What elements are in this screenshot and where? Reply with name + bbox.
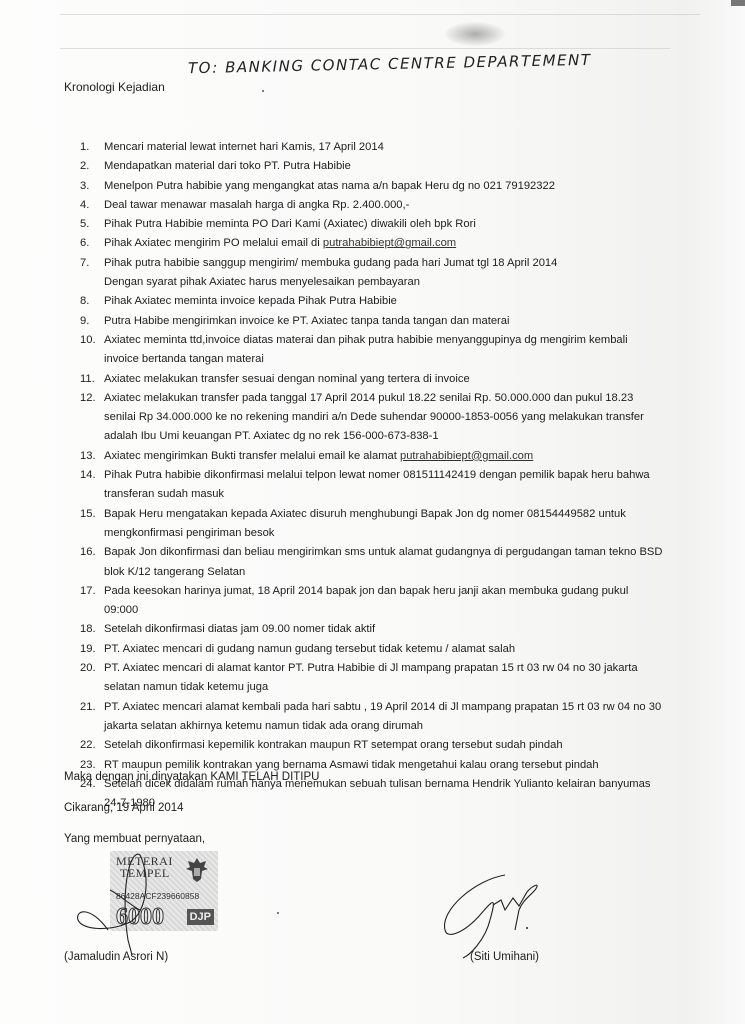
chronology-item: 18.Setelah dikonfirmasi diatas jam 09.00… [82,620,722,639]
item-text: Pihak Axiatec mengirim PO melalui email … [104,237,323,249]
chronology-item: 12.Axiatec melakukan transfer pada tangg… [82,389,722,447]
item-number: 2. [80,157,100,176]
chronology-item: 19.PT. Axiatec mencari di gudang namun g… [82,640,722,659]
item-number: 20. [80,659,100,678]
item-number: 9. [80,312,100,331]
scan-corner-mark [731,0,745,6]
item-text-line: transferan sudah masuk [104,485,722,504]
email-link[interactable]: putrahabibiept@gmail.com [323,237,456,249]
item-text-line: PT. Axiatec mencari di gudang namun guda… [104,640,722,659]
item-number: 21. [80,698,100,717]
item-text-line: selatan namun tidak ketemu juga [104,678,722,697]
item-number: 11. [80,370,100,389]
chronology-item: 15.Bapak Heru mengatakan kepada Axiatec … [82,505,722,544]
handwritten-addressee: TO: BANKING CONTAC CENTRE DEPARTEMENT [188,51,592,77]
document-heading: Kronologi Kejadian [64,80,165,94]
chronology-item: 9.Putra Habibe mengirimkan invoice ke PT… [82,312,722,331]
chronology-item: 10.Axiatec meminta ttd,invoice diatas ma… [82,331,722,370]
item-text-line: Menelpon Putra habibie yang mengangkat a… [104,177,722,196]
item-text-line: mengkonfirmasi pengiriman besok [104,524,722,543]
item-text-line: Putra Habibe mengirimkan invoice ke PT. … [104,312,722,331]
item-number: 18. [80,620,100,639]
item-number: 22. [80,736,100,755]
chronology-item: 11.Axiatec melakukan transfer sesuai den… [82,370,722,389]
item-number: 19. [80,640,100,659]
item-text-line: senilai Rp 34.000.000 ke no rekening man… [104,408,722,427]
signature-left [70,850,180,960]
chronology-item: 14.Pihak Putra habibie dikonfirmasi mela… [82,466,722,505]
item-text-line: adalah Ibu Umi keuangan PT. Axiatec dg n… [104,427,722,446]
scan-artifact-line [60,14,700,15]
item-text-line: Setelah dikonfirmasi kepemilik kontrakan… [104,736,722,755]
item-number: 16. [80,543,100,562]
item-text-line: Deal tawar menawar masalah harga di angk… [104,196,722,215]
signer-left-name: (Jamaludin Asrori N) [64,951,168,963]
item-number: 12. [80,389,100,408]
speck [262,90,264,92]
chronology-item: 17.Pada keesokan harinya jumat, 18 April… [82,582,722,621]
signatory-label: Yang membuat pernyataan, [64,833,205,845]
item-text-line: Pihak Putra habibie dikonfirmasi melalui… [104,466,722,485]
speck [277,912,279,914]
chronology-item: 2.Mendapatkan material dari toko PT. Put… [82,157,722,176]
item-number: 8. [80,292,100,311]
item-number: 13. [80,447,100,466]
item-text-line: Setelah dikonfirmasi diatas jam 09.00 no… [104,620,722,639]
chronology-item: 21.PT. Axiatec mencari alamat kembali pa… [82,698,722,737]
stamp-issuer: DJP [187,909,214,925]
item-text-line: Pihak Putra Habibie meminta PO Dari Kami… [104,215,722,234]
item-text-line: 24-7-1980 [104,794,722,813]
item-text-line: Bapak Jon dikonfirmasi dan beliau mengir… [104,543,722,562]
place-date: Cikarang, 19 April 2014 [64,802,184,814]
item-text-line: Axiatec melakukan transfer pada tanggal … [104,389,722,408]
scan-artifact-line [60,48,670,49]
item-text-line: Axiatec meminta ttd,invoice diatas mater… [104,331,722,350]
item-text-line: blok K/12 tangerang Selatan [104,563,722,582]
item-number: 1. [80,138,100,157]
item-text-line: Pada keesokan harinya jumat, 18 April 20… [104,582,722,601]
chronology-item: 6.Pihak Axiatec mengirim PO melalui emai… [82,234,722,253]
item-text-line: invoice bertanda tangan materai [104,350,722,369]
item-text-line: PT. Axiatec mencari alamat kembali pada … [104,698,722,717]
item-number: 10. [80,331,100,350]
item-text: Axiatec mengirimkan Bukti transfer melal… [104,450,400,462]
chronology-item: 7.Pihak putra habibie sanggup mengirim/ … [82,254,722,293]
scanned-letter-page: TO: BANKING CONTAC CENTRE DEPARTEMENT Kr… [0,0,745,1024]
item-text-line: Mendapatkan material dari toko PT. Putra… [104,157,722,176]
item-number: 7. [80,254,100,273]
item-number: 4. [80,196,100,215]
signer-right-name: (Siti Umihani) [470,951,539,963]
item-text-line: 09:000 [104,601,722,620]
item-number: 14. [80,466,100,485]
item-number: 15. [80,505,100,524]
chronology-item: 22.Setelah dikonfirmasi kepemilik kontra… [82,736,722,755]
chronology-item: 16.Bapak Jon dikonfirmasi dan beliau men… [82,543,722,582]
chronology-item: 5.Pihak Putra Habibie meminta PO Dari Ka… [82,215,722,234]
item-text-line: Dengan syarat pihak Axiatec harus menyel… [104,273,722,292]
item-text-line: Bapak Heru mengatakan kepada Axiatec dis… [104,505,722,524]
chronology-item: 1.Mencari material lewat internet hari K… [82,138,722,157]
ink-smudge [445,22,505,46]
item-text-line: Pihak putra habibie sanggup mengirim/ me… [104,254,722,273]
chronology-list: 1.Mencari material lewat internet hari K… [82,138,722,813]
item-text-line: Pihak Axiatec meminta invoice kepada Pih… [104,292,722,311]
item-number: 3. [80,177,100,196]
item-number: 6. [80,234,100,253]
garuda-emblem-icon [184,855,210,885]
signature-right [435,870,555,960]
conclusion-text: Maka dengan ini dinyatakan KAMI TELAH DI… [64,771,319,783]
chronology-item: 20.PT. Axiatec mencari di alamat kantor … [82,659,722,698]
chronology-item: 8.Pihak Axiatec meminta invoice kepada P… [82,292,722,311]
chronology-item: 4.Deal tawar menawar masalah harga di an… [82,196,722,215]
item-text-line: PT. Axiatec mencari di alamat kantor PT.… [104,659,722,678]
item-number: 17. [80,582,100,601]
email-link[interactable]: putrahabibiept@gmail.com [400,450,533,462]
item-number: 5. [80,215,100,234]
item-text-line: jakarta selatan akhirnya ketemu namun ti… [104,717,722,736]
item-text-line: Mencari material lewat internet hari Kam… [104,138,722,157]
chronology-item: 13.Axiatec mengirimkan Bukti transfer me… [82,447,722,466]
item-text-line: Axiatec melakukan transfer sesuai dengan… [104,370,722,389]
speck [467,591,469,593]
chronology-item: 3.Menelpon Putra habibie yang mengangkat… [82,177,722,196]
